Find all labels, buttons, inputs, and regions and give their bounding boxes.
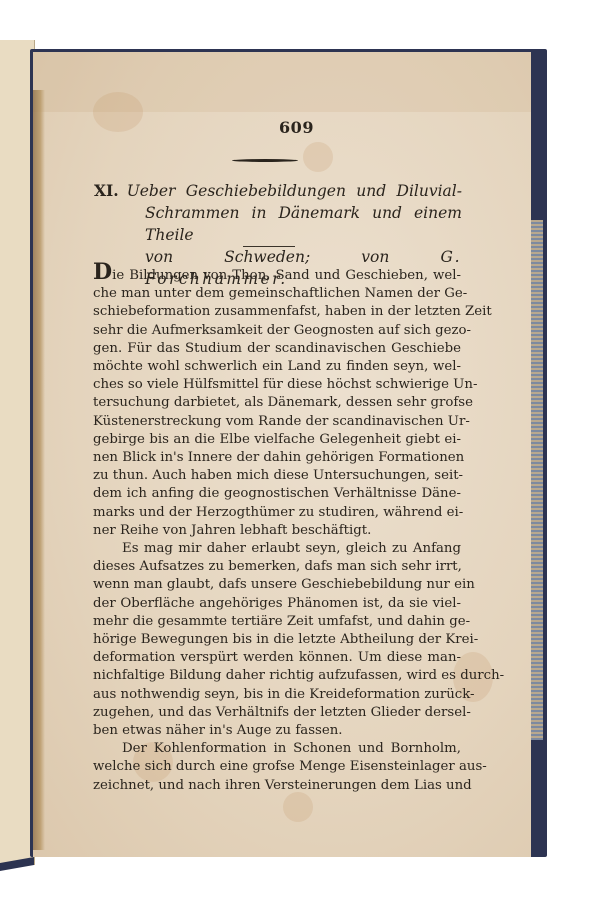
text-line: hörige Bewegungen bis in die letzte Abth… (93, 631, 461, 649)
text-line: zeichnet, und nach ihren Versteinerungen… (93, 777, 461, 795)
text-line: ches so viele Hülfsmittel für diese höch… (93, 376, 461, 394)
title-line-1: XI.Ueber Geschiebebildungen und Diluvial… (94, 180, 462, 202)
title-line-2: Schrammen in Dänemark und einem Theile (94, 202, 462, 246)
text-line: aus nothwendig seyn, bis in die Kreidefo… (93, 686, 461, 704)
text-line: nen Blick in's Innere der dahin gehörige… (93, 449, 461, 467)
text-line: Die Bildungen von Thon, Sand und Geschie… (93, 265, 461, 285)
text-line: wenn man glaubt, dafs unsere Geschiebebi… (93, 576, 461, 594)
text-line: Küstenerstreckung vom Rande der scandina… (93, 413, 461, 431)
text-line: Der Kohlenformation in Schonen und Bornh… (93, 740, 461, 758)
text-line: zugehen, und das Verhältnifs der letzten… (93, 704, 461, 722)
body-text: Die Bildungen von Thon, Sand und Geschie… (93, 265, 461, 795)
text-line: gen. Für das Studium der scandinavischen… (93, 340, 461, 358)
text-line: tersuchung darbietet, als Dänemark, dess… (93, 394, 461, 412)
drop-cap: D (93, 259, 112, 285)
text-line: marks und der Herzogthümer zu studiren, … (93, 504, 461, 522)
gutter-stain (33, 90, 45, 850)
text-line: mehr die gesammte tertiäre Zeit umfafst,… (93, 613, 461, 631)
text-line: möchte wohl schwerlich ein Land zu finde… (93, 358, 461, 376)
text-line: zu thun. Auch haben mich diese Untersuch… (93, 467, 461, 485)
divider-rule (243, 246, 295, 247)
foxing-stain (303, 142, 333, 172)
text-line: gebirge bis an die Elbe vielfache Gelege… (93, 431, 461, 449)
water-stain (33, 52, 531, 112)
text-line: schiebeformation zusammenfafst, haben in… (93, 303, 461, 321)
text-line: dem ich anfing die geognostischen Verhäl… (93, 485, 461, 503)
text-line: der Oberfläche angehöriges Phänomen ist,… (93, 595, 461, 613)
page-number: 609 (0, 118, 593, 137)
article-numeral: XI. (94, 181, 119, 200)
text-line: dieses Aufsatzes zu bemerken, dafs man s… (93, 558, 461, 576)
foxing-stain (283, 792, 313, 822)
text-line: sehr die Aufmerksamkeit der Geognosten a… (93, 322, 461, 340)
binding-edge (531, 220, 543, 740)
text-line: Es mag mir daher erlaubt seyn, gleich zu… (93, 540, 461, 558)
text-line: nichfaltige Bildung daher richtig aufzuf… (93, 667, 461, 685)
text-line: deformation verspürt werden können. Um d… (93, 649, 461, 667)
ornamental-rule (232, 159, 298, 162)
text-line: che man unter dem gemeinschaftlichen Nam… (93, 285, 461, 303)
text-line: ner Reihe von Jahren lebhaft beschäftigt… (93, 522, 461, 540)
text-line: ben etwas näher in's Auge zu fassen. (93, 722, 461, 740)
text-line: welche sich durch eine grofse Menge Eise… (93, 758, 461, 776)
